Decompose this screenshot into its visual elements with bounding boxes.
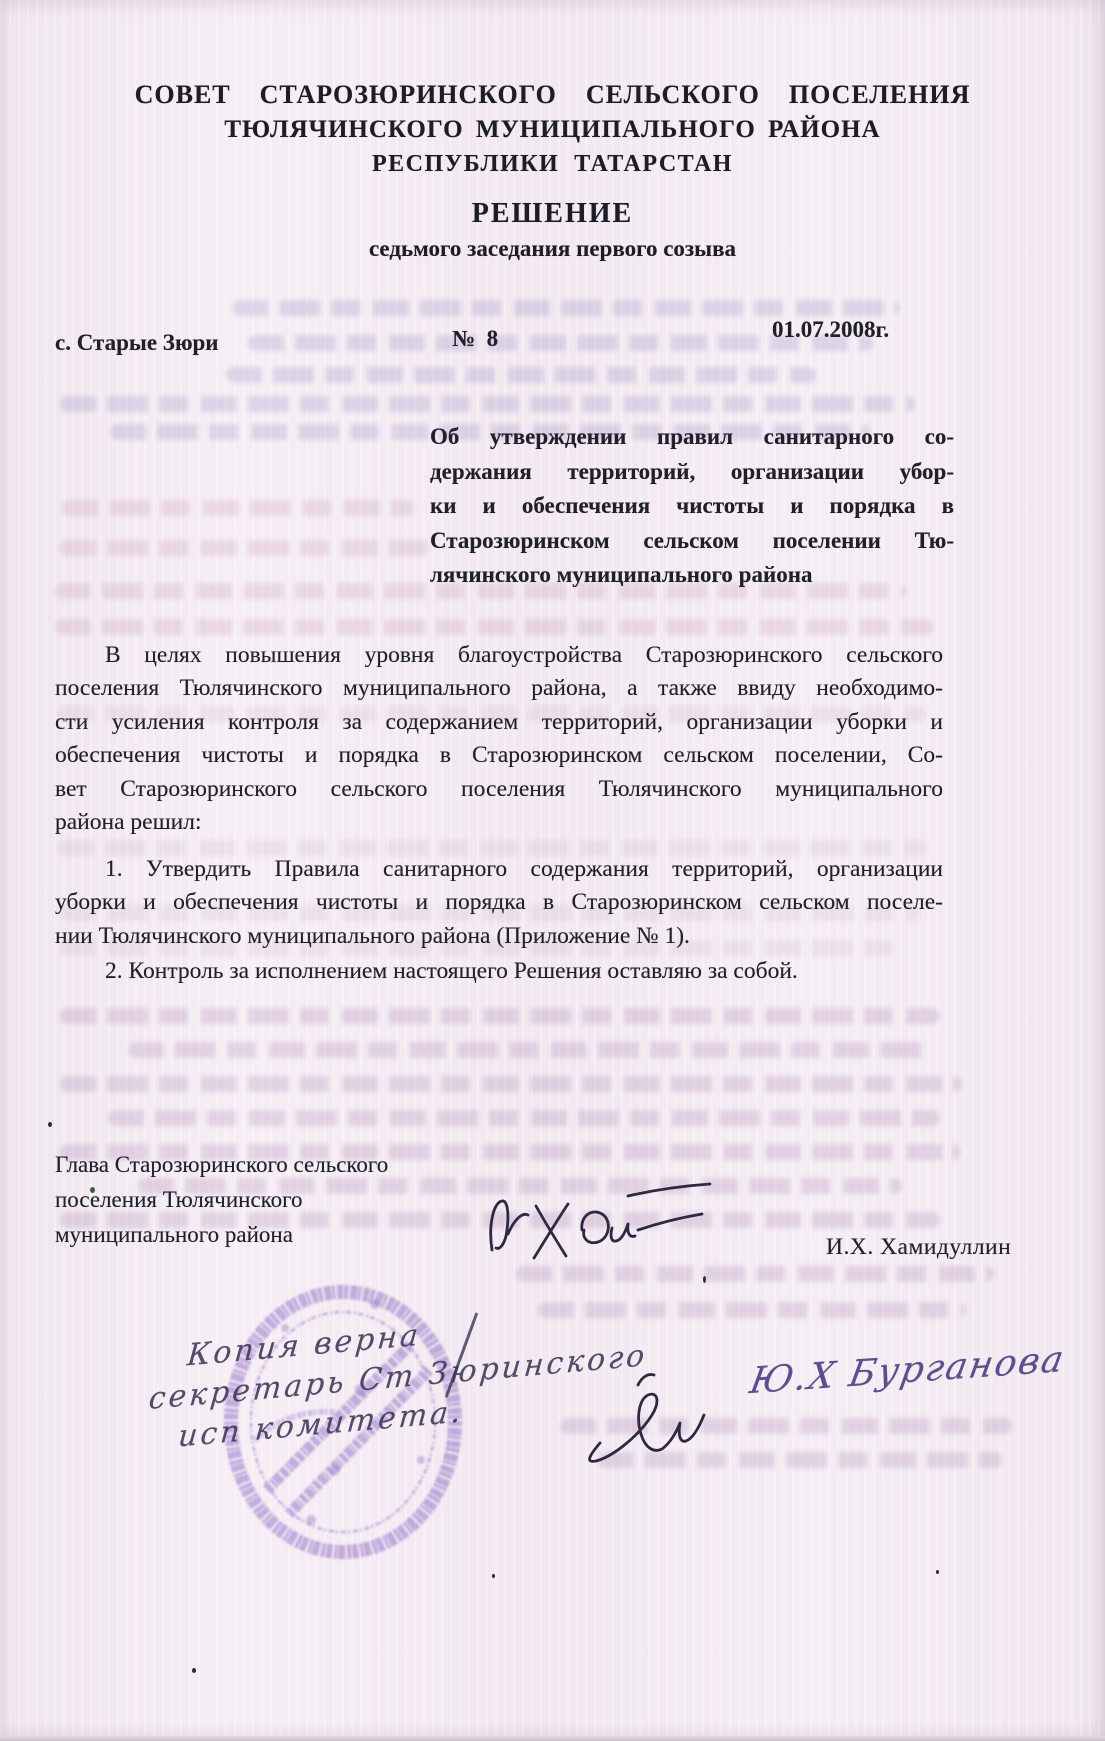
document-number: № 8 bbox=[452, 326, 498, 352]
head-signature-ink bbox=[478, 1168, 718, 1273]
title-line: лячинского муниципального района bbox=[430, 562, 954, 597]
org-name-line-2: ТЮЛЯЧИНСКОГО МУНИЦИПАЛЬНОГО РАЙОНА bbox=[50, 116, 1055, 144]
ink-speck bbox=[192, 1668, 196, 1673]
ink-speck bbox=[90, 1187, 95, 1193]
title-line: держания территорий, организации убор- bbox=[430, 459, 954, 494]
scanned-document-page: СОВЕТ СТАРОЗЮРИНСКОГО СЕЛЬСКОГО ПОСЕЛЕНИ… bbox=[0, 0, 1105, 1741]
signer-title: Глава Старозюринского сельского поселени… bbox=[55, 1152, 495, 1257]
body-paragraph: В целях повышения уровня благоустройства… bbox=[55, 642, 943, 842]
paragraph-line: сти усиления контроля за содержанием тер… bbox=[55, 709, 943, 742]
paragraph-line: уборки и обеспечения чистоты и порядка в… bbox=[55, 889, 943, 922]
title-line: Старозюринском сельском поселении Тю- bbox=[430, 528, 954, 563]
decree-item-1: 1. Утвердить Правила санитарного содержа… bbox=[55, 856, 943, 956]
ink-speck bbox=[48, 1122, 52, 1127]
paragraph-line: вет Старозюринского сельского поселения … bbox=[55, 776, 943, 809]
title-line: ки и обеспечения чистоты и порядка в bbox=[430, 493, 954, 528]
paragraph-line: 2. Контроль за исполнением настоящего Ре… bbox=[55, 958, 943, 991]
resolution-title: Об утверждении правил санитарного со- де… bbox=[430, 424, 954, 597]
ink-speck bbox=[703, 1276, 706, 1283]
place-name: с. Старые Зюри bbox=[55, 330, 219, 356]
paragraph-line: обеспечения чистоты и порядка в Старозюр… bbox=[55, 742, 943, 775]
title-line: Об утверждении правил санитарного со- bbox=[430, 424, 954, 459]
secretary-name-signature: Ю.Х Бурганова bbox=[747, 1339, 1069, 1403]
document-type-title: РЕШЕНИЕ bbox=[50, 198, 1055, 230]
secretary-signature-squiggle bbox=[578, 1365, 753, 1470]
scan-bottom-edge bbox=[0, 1736, 1105, 1741]
signer-name: И.Х. Хамидуллин bbox=[826, 1234, 1011, 1261]
org-name-line-1: СОВЕТ СТАРОЗЮРИНСКОГО СЕЛЬСКОГО ПОСЕЛЕНИ… bbox=[50, 80, 1055, 110]
paragraph-line: района решил: bbox=[55, 809, 943, 842]
signer-title-line: муниципального района bbox=[55, 1222, 495, 1257]
decree-item-2: 2. Контроль за исполнением настоящего Ре… bbox=[55, 958, 943, 991]
ink-speck bbox=[936, 1570, 939, 1574]
paragraph-line: поселения Тюлячинского муниципального ра… bbox=[55, 675, 943, 708]
printed-content: СОВЕТ СТАРОЗЮРИНСКОГО СЕЛЬСКОГО ПОСЕЛЕНИ… bbox=[0, 0, 1105, 1741]
paragraph-line: нии Тюлячинского муниципального района (… bbox=[55, 923, 943, 956]
paragraph-line: В целях повышения уровня благоустройства… bbox=[55, 642, 943, 675]
paragraph-line: 1. Утвердить Правила санитарного содержа… bbox=[55, 856, 943, 889]
session-subtitle: седьмого заседания первого созыва bbox=[50, 236, 1055, 262]
org-name-line-3: РЕСПУБЛИКИ ТАТАРСТАН bbox=[50, 151, 1055, 178]
ink-speck bbox=[492, 1574, 495, 1578]
signer-title-line: Глава Старозюринского сельского bbox=[55, 1152, 495, 1187]
document-date: 01.07.2008г. bbox=[772, 317, 889, 343]
signer-title-line: поселения Тюлячинского bbox=[55, 1187, 495, 1222]
